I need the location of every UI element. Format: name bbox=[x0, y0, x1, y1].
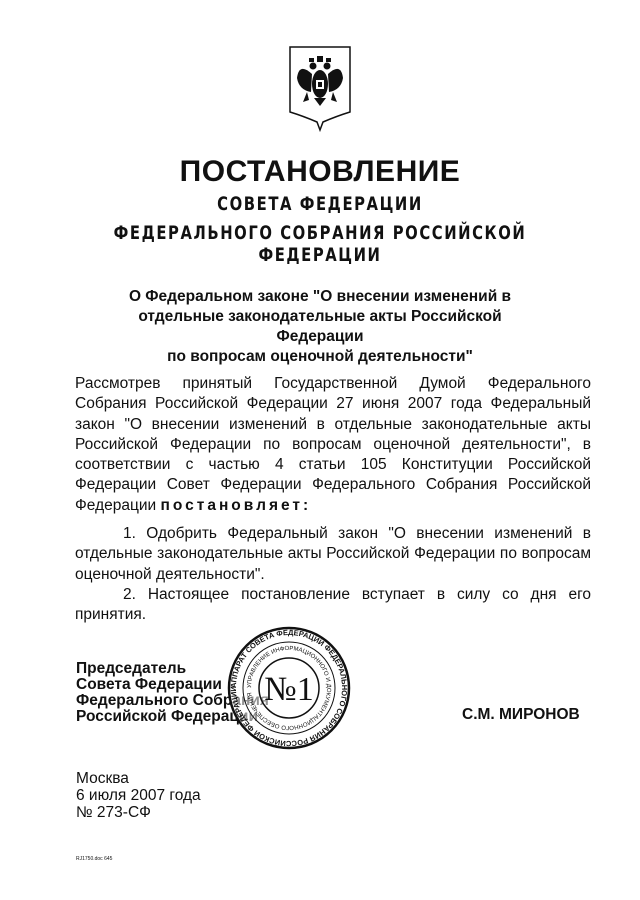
city: Москва bbox=[76, 770, 201, 787]
seal-number: №1 bbox=[264, 671, 313, 708]
decision-word: постановляет: bbox=[160, 497, 311, 514]
document-title: ПОСТАНОВЛЕНИЕ bbox=[0, 155, 640, 189]
document-number: № 273-СФ bbox=[76, 804, 201, 821]
coat-of-arms-icon bbox=[287, 44, 353, 134]
official-seal: АППАРАТ СОВЕТА ФЕДЕРАЦИИ ФЕДЕРАЛЬНОГО СО… bbox=[222, 624, 356, 752]
resolution-item-2: 2. Настоящее постановление вступает в си… bbox=[75, 585, 591, 626]
subject-line: О Федеральном законе "О внесении изменен… bbox=[100, 287, 540, 307]
file-reference: RJ1750.doc 645 bbox=[76, 856, 112, 862]
document-subject: О Федеральном законе "О внесении изменен… bbox=[100, 287, 540, 367]
preamble-paragraph: Рассмотрев принятый Государственной Думо… bbox=[75, 374, 591, 516]
issuer-line-1: СОВЕТА ФЕДЕРАЦИИ bbox=[70, 193, 569, 215]
resolution-item-1: 1. Одобрить Федеральный закон "О внесени… bbox=[75, 524, 591, 585]
subject-line: по вопросам оценочной деятельности" bbox=[100, 347, 540, 367]
date: 6 июля 2007 года bbox=[76, 787, 201, 804]
resolution-items: 1. Одобрить Федеральный закон "О внесени… bbox=[75, 524, 591, 625]
issuer-line-2: ФЕДЕРАЛЬНОГО СОБРАНИЯ РОССИЙСКОЙ ФЕДЕРАЦ… bbox=[70, 222, 569, 266]
place-and-date: Москва 6 июля 2007 года № 273-СФ bbox=[76, 770, 201, 821]
preamble-text: Рассмотрев принятый Государственной Думо… bbox=[75, 375, 591, 514]
signatory-name: С.М. МИРОНОВ bbox=[462, 706, 580, 724]
subject-line: отдельные законодательные акты Российско… bbox=[100, 307, 540, 347]
